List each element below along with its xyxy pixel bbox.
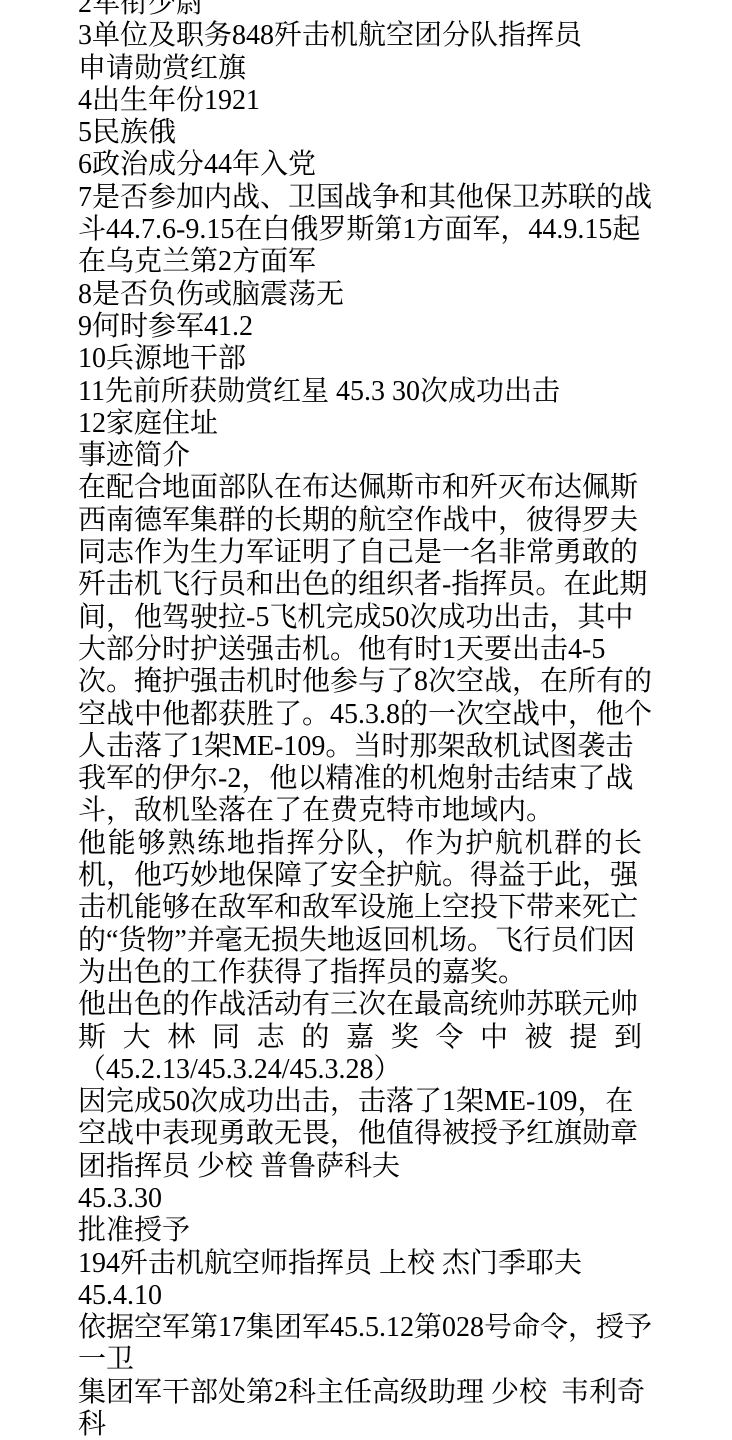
text-line: 次。掩护强击机时他参与了8次空战，在所有的 <box>78 666 642 698</box>
text-line: 194歼击机航空师指挥员 上校 杰门季耶夫 <box>78 1248 642 1280</box>
text-line: 3单位及职务848歼击机航空团分队指挥员 <box>78 20 642 52</box>
text-line: 同志作为生力军证明了自己是一名非常勇敢的 <box>78 537 642 569</box>
document-page[interactable]: 2军衔少尉 3单位及职务848歼击机航空团分队指挥员 申请勋赏红旗 4出生年份1… <box>0 0 732 1440</box>
text-line: 斗，敌机坠落在了在费克特市地域内。 <box>78 795 642 827</box>
text-line: 击机能够在敌军和敌军设施上空投下带来死亡 <box>78 892 642 924</box>
text-line: 空战中表现勇敢无畏，他值得被授予红旗勋章 <box>78 1118 642 1150</box>
text-line: 为出色的工作获得了指挥员的嘉奖。 <box>78 957 642 989</box>
text-line: 机，他巧妙地保障了安全护航。得益于此，强 <box>78 860 642 892</box>
text-line: 因完成50次成功出击，击落了1架ME-109，在 <box>78 1086 642 1118</box>
text-line: 人击落了1架ME-109。当时那架敌机试图袭击 <box>78 731 642 763</box>
text-line: 斗44.7.6-9.15在白俄罗斯第1方面军，44.9.15起 <box>78 214 642 246</box>
text-line: 间，他驾驶拉-5飞机完成50次成功出击，其中 <box>78 602 642 634</box>
text-line: 10兵源地干部 <box>78 343 642 375</box>
text-line: 他能够熟练地指挥分队，作为护航机群的长 <box>78 828 642 860</box>
text-line: 的“货物”并毫无损失地返回机场。飞行员们因 <box>78 925 642 957</box>
text-line: 9何时参军41.2 <box>78 311 642 343</box>
text-line: 在配合地面部队在布达佩斯市和歼灭布达佩斯 <box>78 472 642 504</box>
text-line: 大部分时护送强击机。他有时1天要出击4-5 <box>78 634 642 666</box>
text-line: 我军的伊尔-2，他以精准的机炮射击结束了战 <box>78 763 642 795</box>
text-line: 歼击机飞行员和出色的组织者-指挥员。在此期 <box>78 569 642 601</box>
text-line: 6政治成分44年入党 <box>78 149 642 181</box>
text-line: 依据空军第17集团军45.5.12第028号命令，授予 <box>78 1312 642 1344</box>
text-line: 在乌克兰第2方面军 <box>78 246 642 278</box>
text-line: 12家庭住址 <box>78 408 642 440</box>
text-line: 集团军干部处第2科主任高级助理 少校 韦利奇 <box>78 1377 642 1409</box>
text-line: 11先前所获勋赏红星 45.3 30次成功出击 <box>78 376 642 408</box>
text-line: 45.3.30 <box>78 1183 642 1215</box>
text-line: 5民族俄 <box>78 117 642 149</box>
text-line: 事迹简介 <box>78 440 642 472</box>
text-line: 批准授予 <box>78 1215 642 1247</box>
text-line: 他出色的作战活动有三次在最高统帅苏联元帅 <box>78 989 642 1021</box>
text-line: 科 <box>78 1409 642 1440</box>
text-line: （45.2.13/45.3.24/45.3.28） <box>78 1054 642 1086</box>
award-citation-text: 2军衔少尉 3单位及职务848歼击机航空团分队指挥员 申请勋赏红旗 4出生年份1… <box>78 0 642 1440</box>
text-line: 2军衔少尉 <box>78 0 642 20</box>
text-line: 西南德军集群的长期的航空作战中，彼得罗夫 <box>78 505 642 537</box>
text-line: 45.4.10 <box>78 1280 642 1312</box>
text-line: 8是否负伤或脑震荡无 <box>78 279 642 311</box>
text-line: 申请勋赏红旗 <box>78 53 642 85</box>
text-line: 一卫 <box>78 1344 642 1376</box>
text-line: 4出生年份1921 <box>78 85 642 117</box>
text-line: 团指挥员 少校 普鲁萨科夫 <box>78 1151 642 1183</box>
text-line: 7是否参加内战、卫国战争和其他保卫苏联的战 <box>78 182 642 214</box>
text-line: 空战中他都获胜了。45.3.8的一次空战中，他个 <box>78 699 642 731</box>
text-line: 斯大林同志的嘉奖令中被提到 <box>78 1022 642 1054</box>
